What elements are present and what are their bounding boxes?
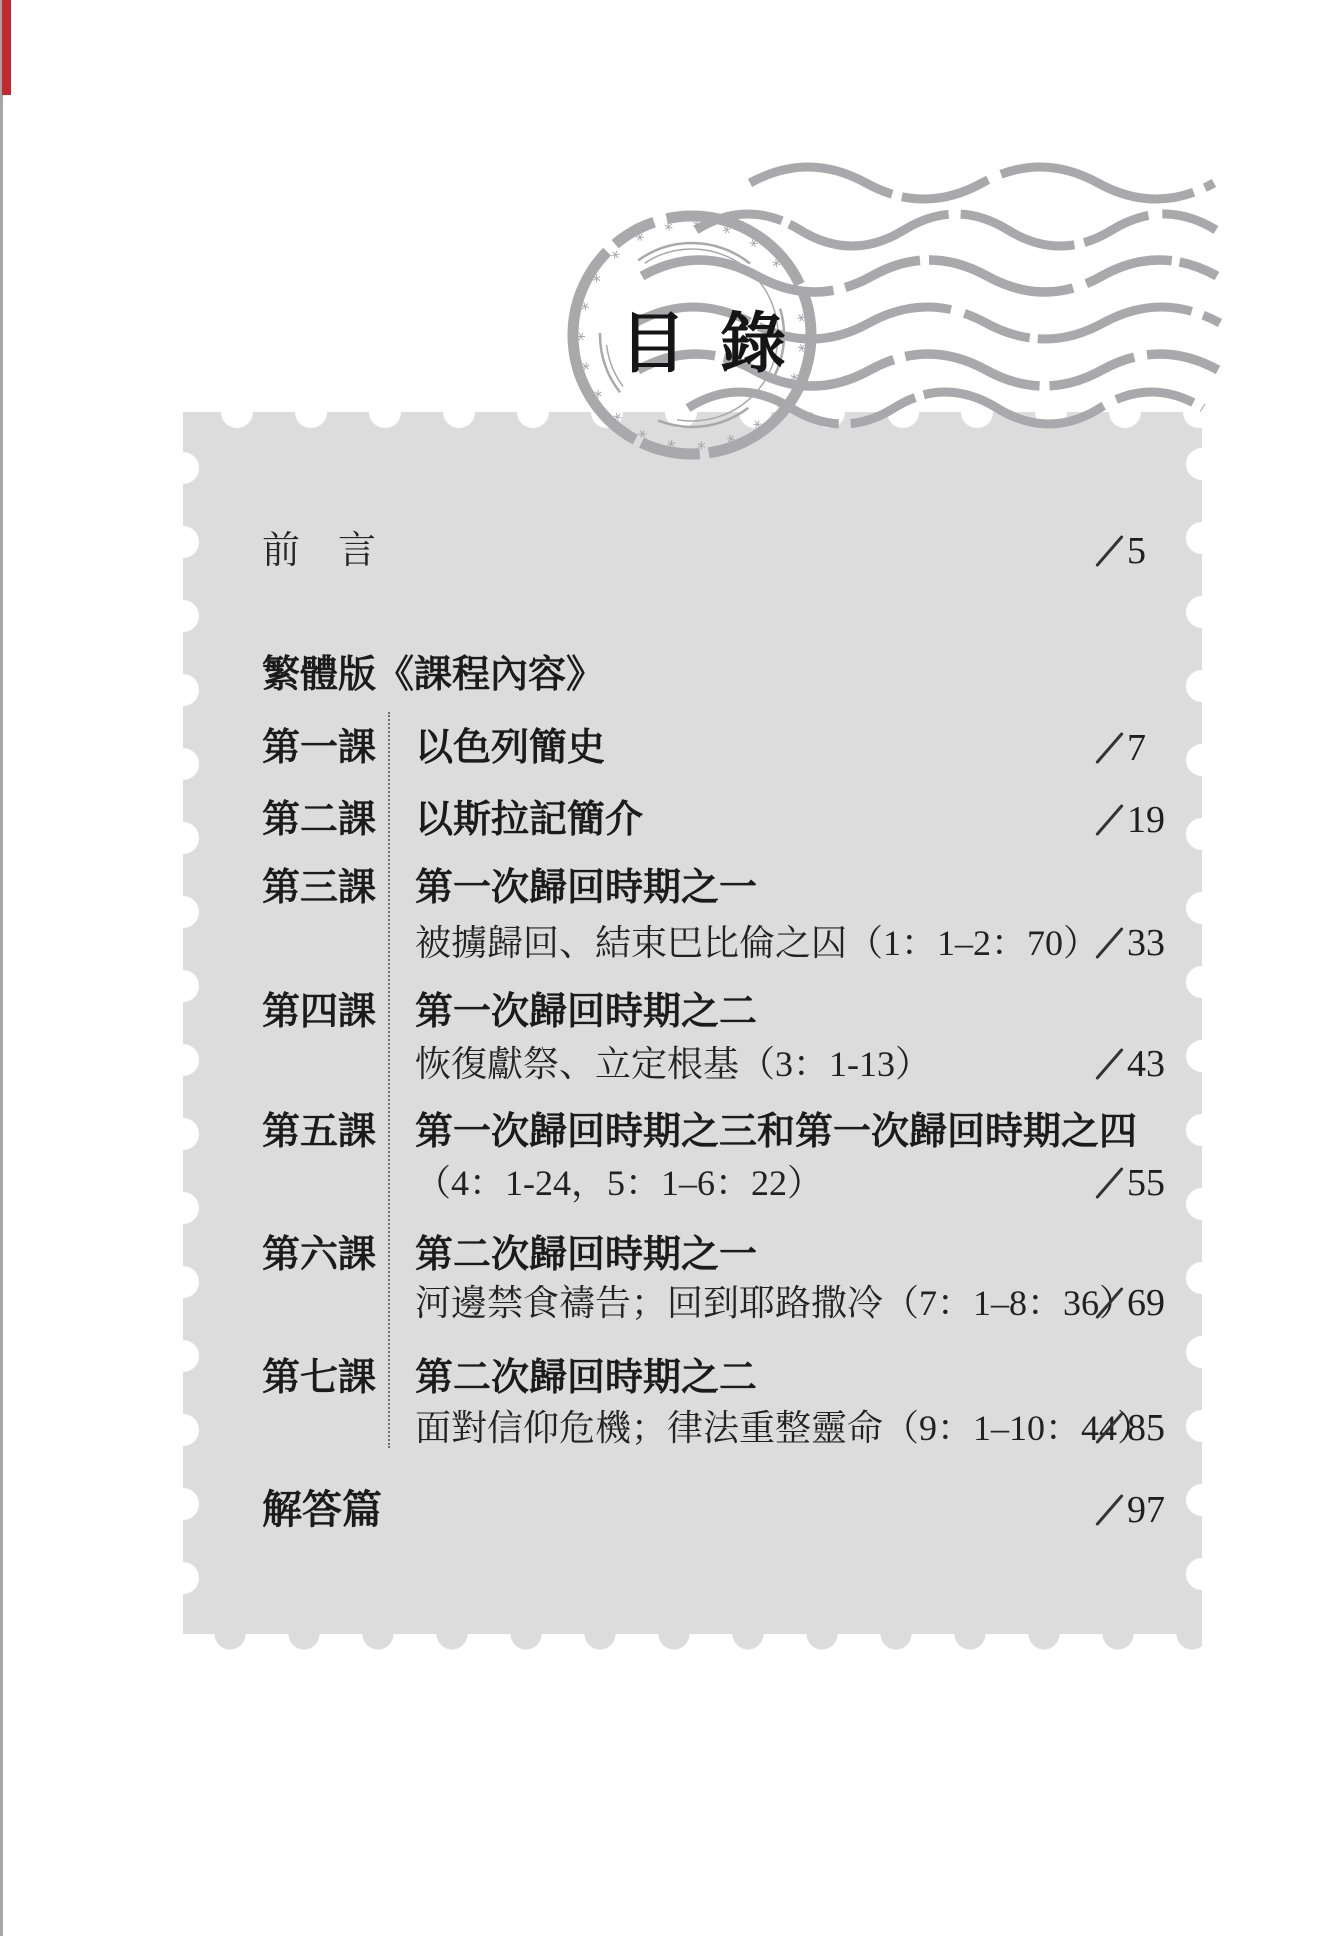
toc-row-answers: 解答篇 97 bbox=[183, 1483, 1202, 1537]
postmark-waves bbox=[635, 167, 1220, 424]
lesson-title: 以斯拉記簡介 bbox=[415, 793, 643, 847]
lesson-row: 第二課 以斯拉記簡介 19 bbox=[183, 793, 1202, 847]
page-number: 43 bbox=[1100, 1037, 1165, 1091]
postmark-stamp: * * * * * * * * * * * * * * * * * * * * … bbox=[450, 112, 1240, 462]
slash-icon bbox=[1095, 927, 1124, 959]
lesson-subtitle-row: 恢復獻祭、立定根基（3：1-13） 43 bbox=[183, 1037, 1202, 1091]
slash-icon bbox=[1095, 732, 1124, 764]
slash-icon bbox=[1095, 535, 1124, 567]
lesson-title: 第二次歸回時期之一 bbox=[415, 1228, 757, 1282]
page-title: 目錄 bbox=[620, 306, 820, 380]
postmark-circle: * * * * * * * * * * * * * * * * * * * * … bbox=[450, 112, 811, 454]
toc-row-preface: 前 言 5 bbox=[183, 524, 1202, 578]
section-heading: 繁體版《課程內容》 bbox=[262, 648, 604, 702]
red-accent-bar bbox=[2, 0, 11, 95]
lesson-number: 第四課 bbox=[262, 985, 376, 1039]
slash-icon bbox=[1095, 1287, 1124, 1319]
lesson-subtitle: 河邊禁食禱告；回到耶路撒冷（7：1–8：36） bbox=[415, 1276, 1135, 1330]
lesson-number: 第七課 bbox=[262, 1351, 376, 1405]
page-number: 55 bbox=[1100, 1156, 1165, 1210]
lesson-subtitle: 面對信仰危機；律法重整靈命（9：1–10：44） bbox=[415, 1401, 1153, 1455]
page-number: 5 bbox=[1100, 524, 1146, 578]
lesson-subtitle-row: 被擄歸回、結束巴比倫之囚（1：1–2：70） 33 bbox=[183, 916, 1202, 970]
page-number: 33 bbox=[1100, 916, 1165, 970]
slash-icon bbox=[1095, 1048, 1124, 1080]
lesson-title: 第一次歸回時期之三和第一次歸回時期之四 bbox=[415, 1105, 1137, 1159]
lesson-number: 第二課 bbox=[262, 793, 376, 847]
lesson-title: 以色列簡史 bbox=[415, 721, 605, 775]
lesson-number: 第五課 bbox=[262, 1105, 376, 1159]
page-number: 19 bbox=[1100, 793, 1165, 847]
lesson-row: 第五課 第一次歸回時期之三和第一次歸回時期之四 bbox=[183, 1105, 1202, 1159]
slash-icon bbox=[1095, 804, 1124, 836]
slash-icon bbox=[1095, 1167, 1124, 1199]
lesson-row: 第四課 第一次歸回時期之二 bbox=[183, 985, 1202, 1039]
page-number: 97 bbox=[1100, 1483, 1165, 1537]
lesson-title: 第一次歸回時期之一 bbox=[415, 861, 757, 915]
lesson-number: 第一課 bbox=[262, 721, 376, 775]
lesson-title: 第二次歸回時期之二 bbox=[415, 1351, 757, 1405]
lesson-row: 第七課 第二次歸回時期之二 bbox=[183, 1351, 1202, 1405]
page-edge-line bbox=[0, 0, 3, 1936]
page-number: 69 bbox=[1100, 1276, 1165, 1330]
lesson-row: 第六課 第二次歸回時期之一 bbox=[183, 1228, 1202, 1282]
lesson-subtitle: 被擄歸回、結束巴比倫之囚（1：1–2：70） bbox=[415, 916, 1099, 970]
slash-icon bbox=[1095, 1412, 1124, 1444]
lesson-subtitle-row: 面對信仰危機；律法重整靈命（9：1–10：44） 85 bbox=[183, 1401, 1202, 1455]
page-number: 85 bbox=[1100, 1401, 1165, 1455]
lesson-subtitle-row: 河邊禁食禱告；回到耶路撒冷（7：1–8：36） 69 bbox=[183, 1276, 1202, 1330]
perforation-bottom bbox=[183, 1617, 1202, 1651]
page-number: 7 bbox=[1100, 721, 1146, 775]
toc-row-section: 繁體版《課程內容》 bbox=[183, 648, 1202, 702]
lesson-number: 第六課 bbox=[262, 1228, 376, 1282]
stamp-panel: 前 言 5 繁體版《課程內容》 第一課 以色列簡史 7 第二課 以斯拉記簡介 1… bbox=[183, 412, 1202, 1634]
star-ring: * * * * * * * * * * * * * * * * * * * * … bbox=[450, 112, 809, 452]
lesson-title: 第一次歸回時期之二 bbox=[415, 985, 757, 1039]
slash-icon bbox=[1095, 1494, 1124, 1526]
lesson-row: 第一課 以色列簡史 7 bbox=[183, 721, 1202, 775]
answers-label: 解答篇 bbox=[262, 1483, 382, 1537]
postmark-graphic: * * * * * * * * * * * * * * * * * * * * … bbox=[450, 112, 1240, 462]
preface-label: 前 言 bbox=[262, 524, 376, 578]
lesson-subtitle-row: （4：1-24，5：1–6：22） 55 bbox=[183, 1156, 1202, 1210]
lesson-number: 第三課 bbox=[262, 861, 376, 915]
lesson-subtitle: （4：1-24，5：1–6：22） bbox=[415, 1156, 823, 1210]
lesson-row: 第三課 第一次歸回時期之一 bbox=[183, 861, 1202, 915]
lesson-subtitle: 恢復獻祭、立定根基（3：1-13） bbox=[415, 1037, 931, 1091]
